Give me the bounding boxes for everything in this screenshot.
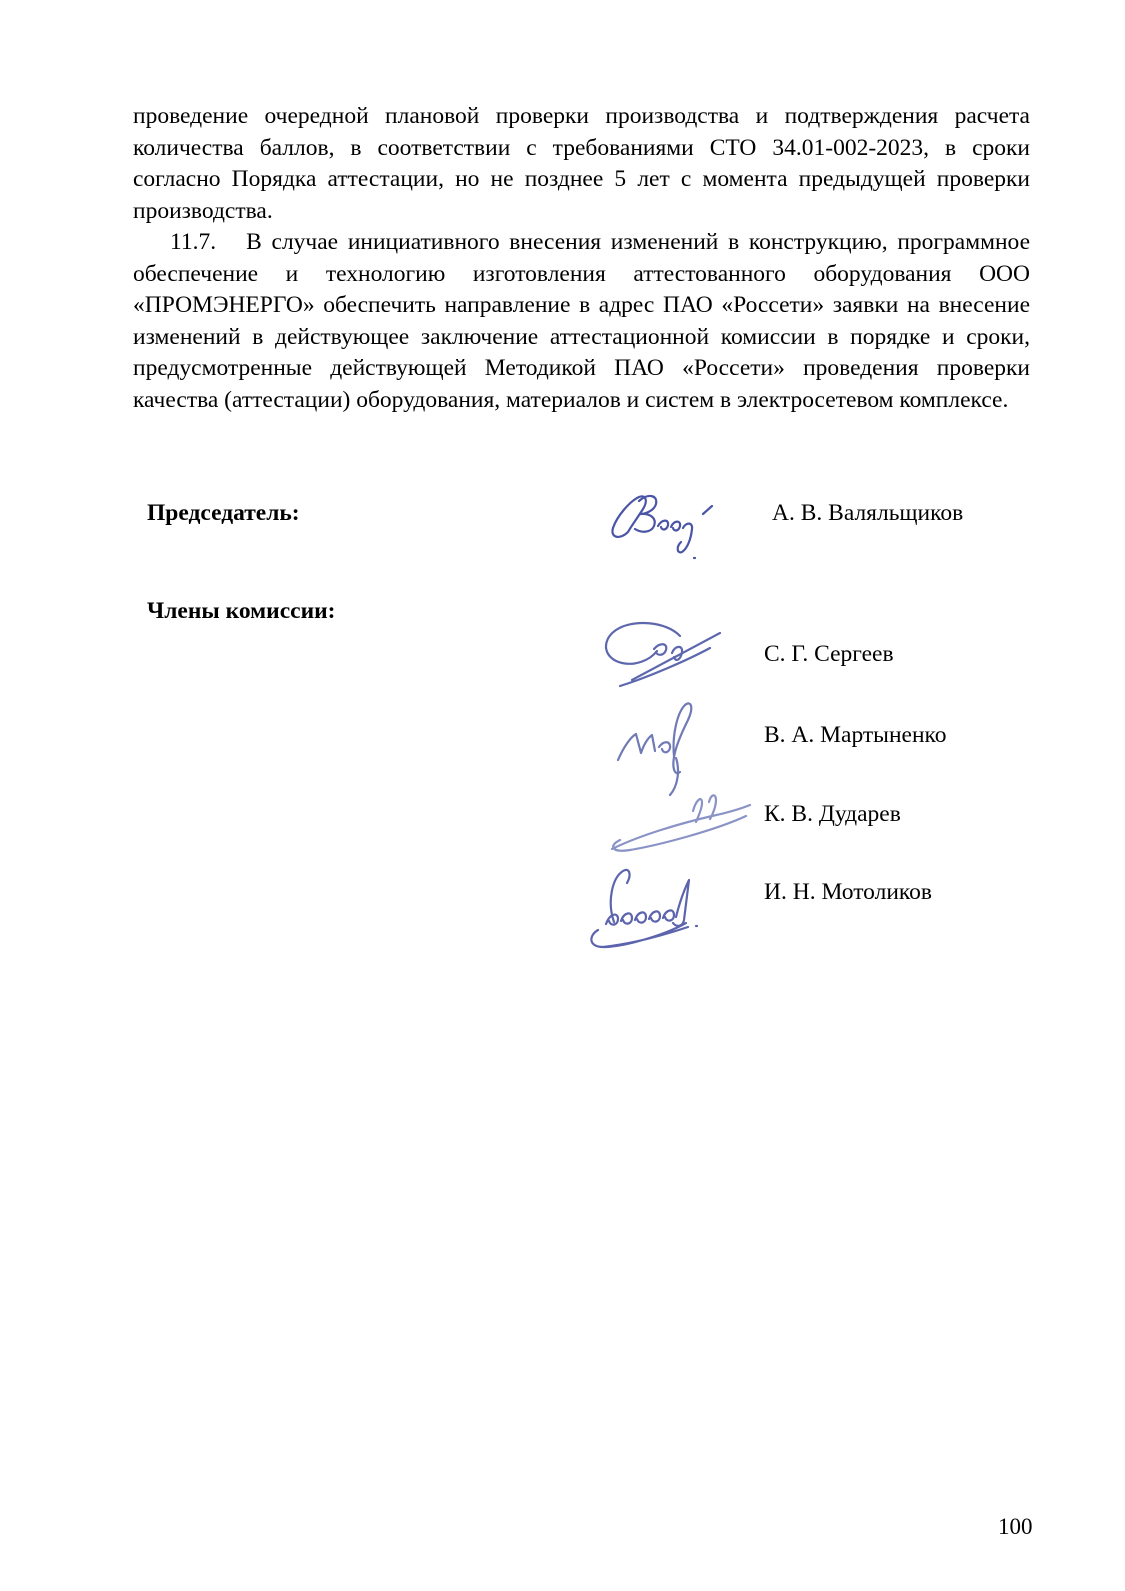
- signature-sergeev: [594, 616, 744, 694]
- paragraph-11-7: 11.7.В случае инициативного внесения изм…: [133, 227, 1030, 416]
- paragraph-continuation: проведение очередной плановой проверки п…: [133, 101, 1030, 227]
- signature-dudarev: [598, 786, 760, 866]
- chairman-label: Председатель:: [147, 500, 300, 527]
- chairman-name: А. В. Валяльщиков: [772, 500, 963, 527]
- page-number: 100: [998, 1514, 1033, 1540]
- member-name: В. А. Мартыненко: [764, 722, 947, 749]
- clause-text: В случае инициативного внесения изменени…: [133, 229, 1030, 413]
- body-text: проведение очередной плановой проверки п…: [133, 101, 1030, 416]
- signature-chairman: [598, 486, 743, 568]
- member-name: К. В. Дударев: [764, 801, 901, 828]
- member-name: И. Н. Мотоликов: [764, 879, 932, 906]
- clause-number: 11.7.: [170, 229, 216, 255]
- member-name: С. Г. Сергеев: [764, 641, 894, 668]
- signature-motolikov: [576, 860, 741, 966]
- members-label: Члены комиссии:: [147, 598, 335, 625]
- document-page: проведение очередной плановой проверки п…: [0, 0, 1125, 1591]
